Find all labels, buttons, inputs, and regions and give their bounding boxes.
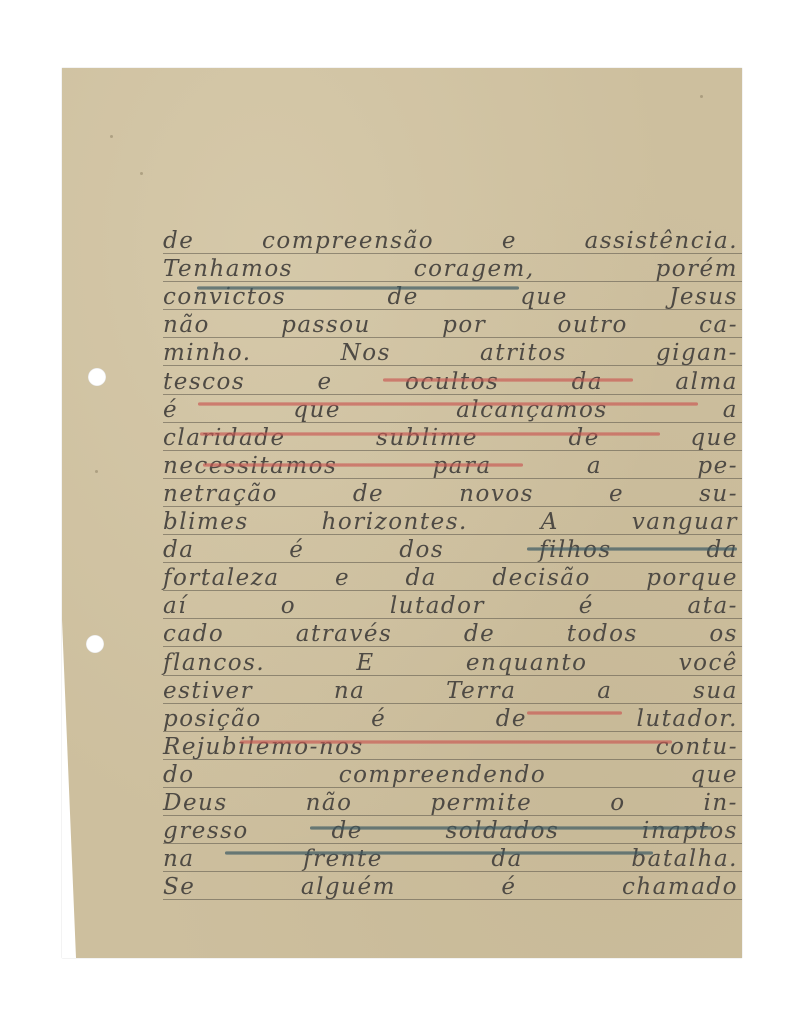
handwritten-word: e — [335, 565, 350, 591]
handwritten-line: Tenhamoscoragem,porém — [163, 254, 738, 282]
handwritten-word: gigan- — [656, 340, 738, 366]
red-underline-claridade-sublime — [203, 463, 523, 467]
handwritten-word: da — [406, 565, 437, 591]
handwritten-word: a — [723, 397, 738, 423]
handwritten-word: de — [464, 621, 495, 647]
handwritten-word: que — [690, 762, 738, 788]
handwritten-word: a — [587, 453, 602, 479]
handwritten-word: coragem, — [414, 256, 535, 282]
handwritten-line: Sealguéméchamado — [163, 872, 738, 900]
handwritten-word: de — [496, 706, 527, 732]
paper-speck — [110, 135, 113, 138]
handwritten-word: inaptos — [642, 818, 738, 844]
handwritten-word: o — [610, 790, 625, 816]
handwritten-word: atritos — [480, 340, 567, 366]
handwritten-line: estivernaTerraasua — [163, 676, 738, 704]
handwritten-word: ocultos — [405, 369, 499, 395]
handwritten-word: contu- — [656, 734, 738, 760]
handwritten-word: que — [293, 397, 341, 423]
paper-speck — [140, 172, 143, 175]
handwritten-word: posição — [163, 706, 262, 732]
handwritten-word: os — [709, 621, 738, 647]
handwritten-word: Terra — [446, 678, 516, 704]
handwritten-word: aí — [163, 593, 187, 619]
handwritten-word: cado — [163, 621, 224, 647]
handwritten-word: na — [163, 846, 195, 872]
handwritten-line: Deusnãopermiteoin- — [163, 788, 738, 816]
handwritten-word: Rejubilemo-nos — [163, 734, 364, 760]
handwritten-word: estiver — [163, 678, 253, 704]
handwritten-word: e — [318, 369, 333, 395]
handwritten-word: Tenhamos — [163, 256, 293, 282]
handwritten-word: que — [520, 284, 568, 310]
handwritten-word: do — [163, 762, 195, 788]
handwritten-word: Se — [163, 874, 195, 900]
handwritten-word: você — [679, 650, 738, 676]
handwritten-word: é — [371, 706, 386, 732]
handwritten-line: Rejubilemo-noscontu- — [163, 732, 738, 760]
handwritten-word: é — [579, 593, 594, 619]
handwritten-word: de — [569, 425, 600, 451]
handwritten-word: de — [163, 228, 194, 254]
handwritten-word: não — [163, 312, 210, 338]
handwritten-word: lutador — [390, 593, 485, 619]
handwritten-word: chamado — [622, 874, 738, 900]
handwritten-word: ca- — [699, 312, 738, 338]
handwritten-word: dos — [399, 537, 444, 563]
handwritten-word: que — [690, 425, 738, 451]
handwritten-word: minho. — [163, 340, 252, 366]
handwritten-line: équealcançamosa — [163, 395, 738, 423]
handwritten-line: nafrentedabatalha. — [163, 844, 738, 872]
handwritten-word: porém — [655, 256, 738, 282]
handwritten-word: da — [572, 369, 603, 395]
handwritten-word: Deus — [163, 790, 228, 816]
handwritten-word: frente — [303, 846, 383, 872]
blue-underline-soldados — [225, 851, 653, 855]
handwritten-word: assistência. — [585, 228, 738, 254]
handwritten-word: in- — [704, 790, 738, 816]
paper-speck — [95, 470, 98, 473]
handwritten-word: a — [597, 678, 612, 704]
handwritten-word: alma — [675, 369, 738, 395]
handwritten-word: porque — [646, 565, 738, 591]
punch-hole-top — [88, 368, 106, 386]
handwritten-word: fortaleza — [163, 565, 280, 591]
handwritten-line: nãopassouporoutroca- — [163, 310, 738, 338]
handwritten-word: novos — [459, 481, 534, 507]
red-underline-alcancamos — [200, 432, 660, 436]
handwritten-word: e — [502, 228, 517, 254]
handwritten-line: netraçãodenovosesu- — [163, 479, 738, 507]
handwritten-line: flancos.Eenquantovocê — [163, 648, 738, 676]
handwritten-word: netração — [163, 481, 278, 507]
handwritten-word: na — [334, 678, 366, 704]
handwritten-word: A — [541, 509, 559, 535]
handwritten-word: de — [331, 818, 362, 844]
handwritten-line: cadoatravésdetodosos — [163, 619, 738, 647]
handwritten-word: E — [356, 650, 374, 676]
handwritten-word: e — [609, 481, 624, 507]
handwritten-word: da — [491, 846, 522, 872]
handwritten-word: ata- — [688, 593, 738, 619]
handwritten-word: Nos — [341, 340, 391, 366]
handwritten-word: gresso — [163, 818, 249, 844]
handwritten-word: permite — [430, 790, 532, 816]
blue-underline-tenhamos-coragem — [197, 286, 519, 290]
handwritten-word: vanguar — [632, 509, 738, 535]
handwritten-word: compreensão — [262, 228, 434, 254]
handwritten-line: claridadesublimedeque — [163, 423, 738, 451]
handwritten-word: todos — [567, 621, 638, 647]
handwritten-word: horizontes. — [322, 509, 468, 535]
handwritten-line: docompreendendoque — [163, 760, 738, 788]
handwritten-word: o — [281, 593, 296, 619]
paper-speck — [700, 95, 703, 98]
handwritten-word: claridade — [163, 425, 286, 451]
handwritten-word: de — [353, 481, 384, 507]
handwritten-line: blimeshorizontes.Avanguar — [163, 507, 738, 535]
handwritten-word: não — [306, 790, 353, 816]
handwritten-word: tescos — [163, 369, 245, 395]
handwritten-word: lutador. — [637, 706, 738, 732]
handwritten-word: sua — [693, 678, 738, 704]
handwritten-line: gressodesoldadosinaptos — [163, 816, 738, 844]
handwritten-word: batalha. — [631, 846, 738, 872]
handwritten-line: posiçãoédelutador. — [163, 704, 738, 732]
handwritten-word: alguém — [301, 874, 396, 900]
handwritten-word: é — [501, 874, 516, 900]
handwritten-word: por — [442, 312, 486, 338]
handwritten-word: passou — [281, 312, 371, 338]
red-underline-sua — [527, 711, 622, 715]
handwritten-word: através — [296, 621, 393, 647]
handwritten-word: compreendendo — [339, 762, 547, 788]
handwritten-line: aíolutadoréata- — [163, 591, 738, 619]
handwritten-word: alcançamos — [456, 397, 608, 423]
red-underline-ocultos-alma — [198, 402, 698, 406]
blue-underline-vanguarda — [527, 547, 737, 551]
punch-hole-bottom — [86, 635, 104, 653]
handwritten-word: blimes — [163, 509, 249, 535]
handwritten-word: Jesus — [669, 284, 738, 310]
handwritten-word: soldados — [445, 818, 559, 844]
handwritten-line: decompreensãoeassistência. — [163, 226, 738, 254]
handwritten-word: da — [163, 537, 194, 563]
handwritten-word: su- — [699, 481, 738, 507]
red-underline-lutador — [240, 740, 672, 744]
handwritten-word: sublime — [376, 425, 478, 451]
handwritten-line: fortalezaedadecisãoporque — [163, 563, 738, 591]
handwritten-word: é — [289, 537, 304, 563]
handwritten-word: outro — [558, 312, 628, 338]
handwritten-word: pe- — [697, 453, 738, 479]
handwritten-word: enquanto — [466, 650, 588, 676]
handwritten-word: flancos. — [163, 650, 265, 676]
handwritten-word: decisão — [492, 565, 590, 591]
handwritten-line: minho.Nosatritosgigan- — [163, 338, 738, 366]
red-underline-atritos — [383, 378, 633, 382]
handwritten-word: é — [163, 397, 178, 423]
blue-underline-ingresso — [310, 826, 712, 830]
